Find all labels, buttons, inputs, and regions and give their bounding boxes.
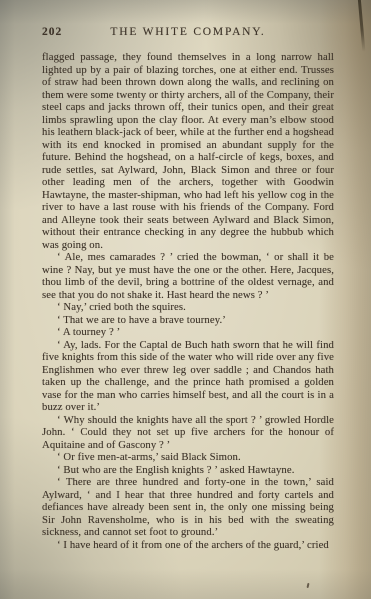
scan-edge-sliver bbox=[358, 0, 366, 52]
page-content: 202 THE WHITE COMPANY. flagged passage, … bbox=[42, 26, 334, 551]
paragraph: ‘ But who are the English knights ? ’ as… bbox=[42, 464, 334, 477]
paragraph: ‘ Ale, mes camarades ? ’ cried the bowma… bbox=[42, 251, 334, 301]
running-title: THE WHITE COMPANY. bbox=[94, 26, 282, 38]
paragraph: ‘ Why should the knights have all the sp… bbox=[42, 414, 334, 452]
running-head: 202 THE WHITE COMPANY. bbox=[42, 26, 334, 38]
page-number: 202 bbox=[42, 26, 94, 38]
paragraph: ‘ A tourney ? ’ bbox=[42, 326, 334, 339]
paragraph: ‘ That we are to have a brave tourney.’ bbox=[42, 314, 334, 327]
paragraph: ‘ I have heard of it from one of the arc… bbox=[42, 539, 334, 552]
paragraph: ‘ Nay,’ cried both the squires. bbox=[42, 301, 334, 314]
book-page-scan: 202 THE WHITE COMPANY. flagged passage, … bbox=[0, 0, 371, 599]
stray-ink-mark bbox=[307, 583, 310, 588]
paragraph: flagged passage, they found themselves i… bbox=[42, 51, 334, 251]
paragraph: ‘ There are three hundred and forty-one … bbox=[42, 476, 334, 539]
page-body: flagged passage, they found themselves i… bbox=[42, 51, 334, 551]
paragraph: ‘ Or five men-at-arms,’ said Black Simon… bbox=[42, 451, 334, 464]
paragraph: ‘ Ay, lads. For the Captal de Buch hath … bbox=[42, 339, 334, 414]
